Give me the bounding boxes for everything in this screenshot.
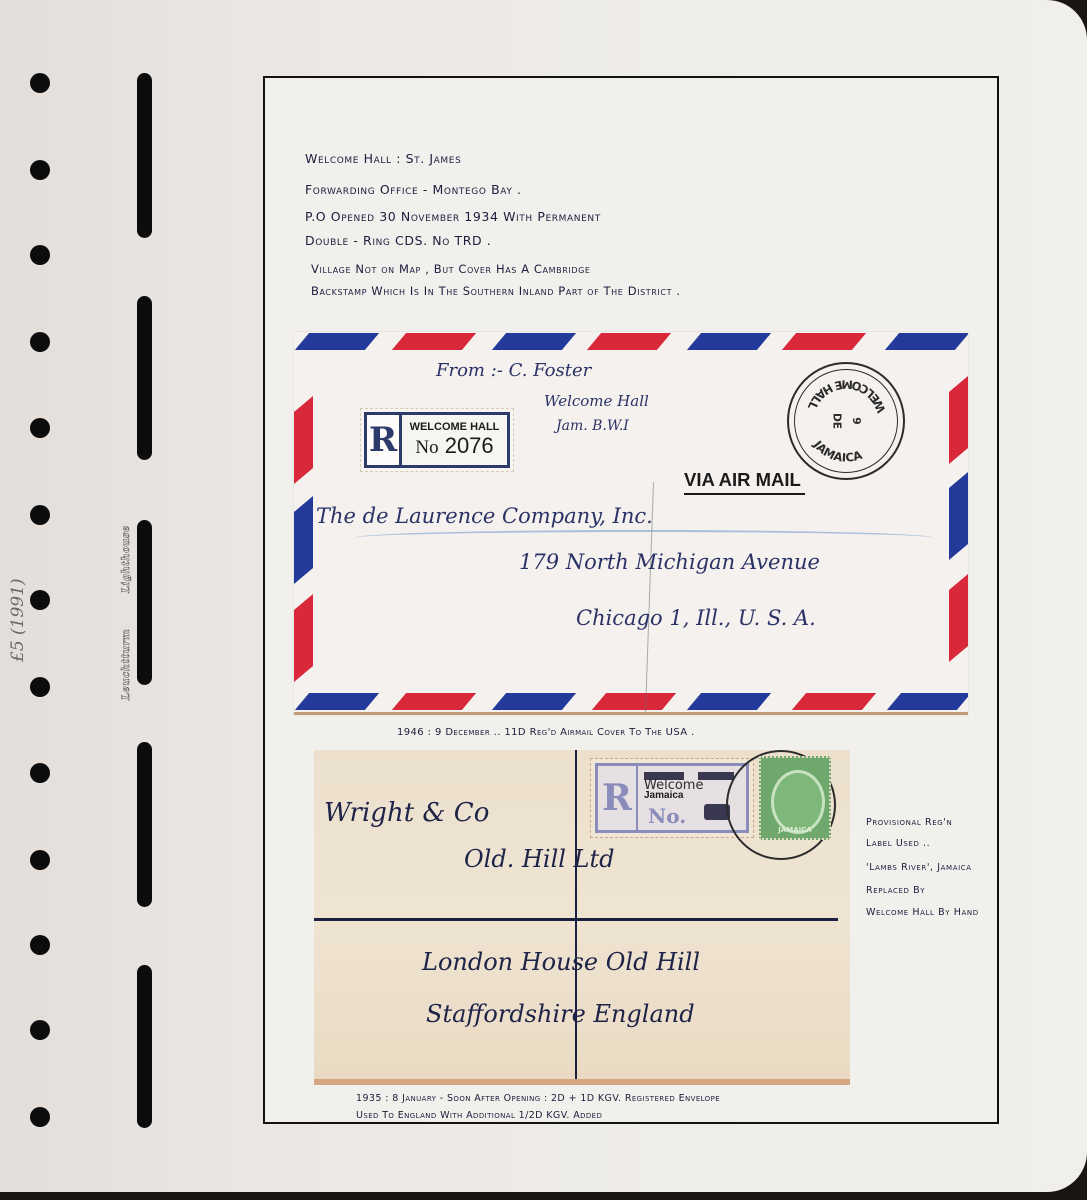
binder-hole	[30, 160, 50, 180]
binder-slot	[137, 73, 152, 238]
binder-hole	[30, 1020, 50, 1040]
pencil-price-note: £5 (1991)	[8, 578, 28, 662]
binder-hole	[30, 73, 50, 93]
airmail-stripe	[792, 693, 876, 710]
svg-text:9: 9	[850, 417, 863, 424]
side-note-line: 'Lambs River', Jamaica	[866, 862, 972, 873]
airmail-stripe	[492, 693, 576, 710]
address-line: 179 North Michigan Avenue	[519, 550, 820, 574]
binder-hole	[30, 590, 50, 610]
binder-hole	[30, 418, 50, 438]
svg-text:WELCOME HALL: WELCOME HALL	[805, 377, 889, 415]
header-line: Double - Ring CDS. No TRD .	[305, 233, 491, 248]
binder-hole	[30, 1107, 50, 1127]
album-brand-leuchtturm: Leuchtturm	[121, 629, 132, 700]
header-line: Backstamp Which Is In The Southern Inlan…	[311, 284, 681, 298]
binder-hole	[30, 245, 50, 265]
cover1-caption: 1946 : 9 December .. 11D Reg'd Airmail C…	[397, 727, 695, 738]
side-note-line: Label Used ..	[866, 838, 930, 849]
header-line: Forwarding Office - Montego Bay .	[305, 182, 522, 197]
binder-hole	[30, 850, 50, 870]
registration-r-letter: R	[367, 415, 402, 465]
cover2-caption-line: 1935 : 8 January - Soon After Opening : …	[356, 1093, 720, 1104]
airmail-stripe	[294, 396, 313, 484]
album-brand-lighthouse: Lighthouse	[121, 525, 132, 593]
airmail-stripe	[295, 333, 379, 350]
registration-no: No.	[648, 804, 686, 828]
side-note-line: Replaced By	[866, 885, 925, 896]
header-line: Village Not on Map , But Cover Has A Cam…	[311, 262, 591, 276]
binder-hole	[30, 505, 50, 525]
address-line: The de Laurence Company, Inc.	[316, 504, 653, 528]
airmail-stripe	[687, 333, 771, 350]
stamp-country: JAMAICA	[761, 826, 829, 834]
side-note-line: Welcome Hall By Hand	[866, 907, 979, 918]
binder-hole	[30, 332, 50, 352]
envelope-blue-line	[575, 750, 577, 1079]
airmail-stripe	[294, 594, 313, 682]
registration-office: WELCOME HALL	[410, 421, 500, 433]
envelope-blue-line	[314, 918, 838, 921]
sender-line: Jam. B.W.I	[556, 418, 629, 434]
airmail-stripe	[949, 574, 968, 662]
sender-line: From :- C. Foster	[436, 360, 591, 381]
album-page: Leuchtturm Lighthouse £5 (1991) Welcome …	[0, 0, 1087, 1192]
airmail-stripe	[887, 693, 968, 710]
airmail-stripe	[885, 333, 968, 350]
airmail-stripe	[492, 333, 576, 350]
welcome-hall-postmark: WELCOME HALL JAMAICA 9 DE	[787, 362, 905, 480]
binder-hole	[30, 677, 50, 697]
registration-number: No 2076	[415, 433, 493, 459]
side-note-line: Provisional Reg'n	[866, 817, 952, 828]
airmail-stripe	[592, 693, 676, 710]
binder-hole	[30, 763, 50, 783]
binder-hole	[30, 935, 50, 955]
header-title: Welcome Hall : St. James	[305, 151, 461, 166]
svg-text:JAMAICA: JAMAICA	[810, 437, 864, 465]
sender-line: Welcome Hall	[544, 392, 649, 410]
registration-label: R WELCOME HALL No 2076	[360, 408, 514, 472]
binder-slot	[137, 965, 152, 1128]
address-line: London House Old Hill	[422, 948, 700, 976]
header-line: P.O Opened 30 November 1934 With Permane…	[305, 209, 601, 224]
svg-text:DE: DE	[830, 413, 843, 429]
airmail-stripe	[295, 693, 379, 710]
airmail-stripe	[782, 333, 866, 350]
printed-country: Jamaica	[644, 790, 683, 801]
address-line: Wright & Co	[324, 798, 489, 828]
airmail-stripe	[587, 333, 671, 350]
airmail-stripe	[294, 496, 313, 584]
king-portrait	[771, 770, 825, 834]
kgv-stamp: JAMAICA	[759, 756, 831, 840]
crayon-mark	[354, 530, 934, 546]
airmail-stripe	[687, 693, 771, 710]
registration-r-letter: R	[598, 766, 638, 830]
address-line: Old. Hill Ltd	[464, 845, 615, 873]
binder-slot	[137, 520, 152, 685]
cover2-caption-line: Used To England With Additional 1/2D KGV…	[356, 1110, 602, 1121]
via-air-mail-label: VIA AIR MAIL	[684, 469, 805, 495]
registered-envelope: R Welcome Jamaica No. JAMAICA Wright & C…	[314, 750, 850, 1085]
binder-slot	[137, 296, 152, 460]
address-line: Staffordshire England	[426, 1000, 695, 1028]
airmail-cover: R WELCOME HALL No 2076 From :- C. Foster…	[294, 332, 968, 715]
binder-slot	[137, 742, 152, 907]
airmail-stripe	[392, 333, 476, 350]
address-line: Chicago 1, Ill., U. S. A.	[576, 606, 816, 630]
airmail-stripe	[392, 693, 476, 710]
postmark-text: WELCOME HALL JAMAICA 9 DE	[789, 364, 903, 478]
airmail-stripe	[949, 376, 968, 464]
airmail-stripe	[949, 472, 968, 560]
